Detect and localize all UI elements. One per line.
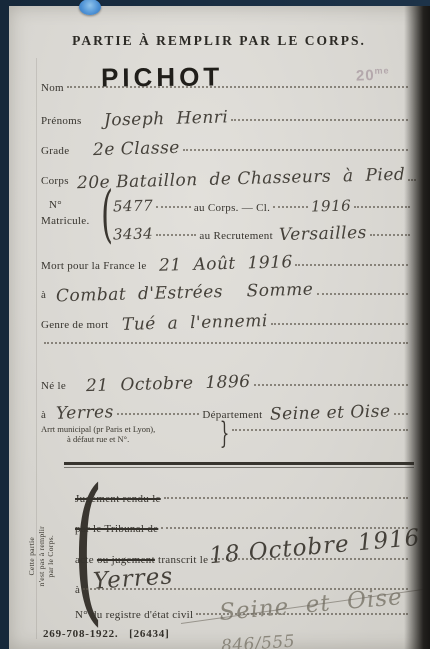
transcription-lieu-label: à: [75, 584, 80, 596]
matricule-corps-number: 5477: [113, 196, 154, 215]
matricule-recrutement-number: 3434: [113, 224, 154, 243]
field-mort-lieu: à Combat d'Estrées Somme: [41, 283, 411, 303]
field-naissance-date: Né le 21 Octobre 1896: [41, 374, 411, 394]
stamp-suffix: me: [375, 65, 390, 76]
field-prenoms: Prénoms Joseph Henri: [41, 109, 411, 129]
genre-mort-value: Tué a l'ennemi: [122, 311, 268, 335]
dotted-leader: [254, 384, 408, 386]
mort-label: Mort pour la France le: [41, 260, 147, 272]
jugement-label: Jugement rendu le: [75, 493, 161, 505]
side-note-line1: Cette partie: [27, 498, 37, 614]
naissance-lieu-label: à: [41, 409, 46, 421]
dotted-leader: [156, 206, 191, 208]
matricule-classe-value: 1916: [311, 196, 352, 215]
corps-label: Corps: [41, 175, 69, 187]
field-jugement: Jugement rendu le: [75, 493, 411, 505]
dotted-leader: [156, 234, 196, 236]
matricule-brace: (: [101, 186, 113, 242]
genre-mort-label: Genre de mort: [41, 319, 108, 331]
scan-right-edge: [404, 6, 430, 649]
section-divider: [64, 462, 414, 468]
print-reference: 269-708-1922. [26434]: [43, 628, 170, 640]
matricule-label-line2: Matricule.: [41, 215, 90, 227]
form-title: PARTIE À REMPLIR PAR LE CORPS.: [49, 33, 389, 49]
matricule-recrutement-value: Versailles: [279, 223, 367, 245]
naissance-date-value: 21 Octobre 1896: [86, 372, 251, 396]
field-mort-date: Mort pour la France le 21 Août 1916: [41, 254, 411, 274]
scanned-record-viewport: PARTIE À REMPLIR PAR LE CORPS. 20me Nom …: [0, 0, 430, 649]
matricule-corps-label: au Corps. — Cl.: [194, 202, 270, 214]
dotted-leader: [273, 206, 308, 208]
dotted-leader: [232, 429, 408, 431]
field-matricule-corps: 5477 au Corps. — Cl. 1916: [113, 197, 413, 215]
arrondissement-label-line1: Arrt municipal (pr Paris et Lyon),: [41, 424, 155, 434]
dotted-leader: [354, 206, 410, 208]
side-note-line2: n'est pas à remplir: [36, 498, 46, 614]
blue-pin-badge: [79, 0, 101, 15]
tribunal-label: par le Tribunal de: [75, 523, 158, 535]
acte-label-prefix: acte: [75, 554, 97, 566]
side-note-line3: par le Corps.: [46, 498, 56, 614]
dotted-leader: [295, 264, 408, 266]
blank-rule: [41, 342, 411, 344]
dotted-leader: [231, 119, 408, 121]
mort-lieu-label: à: [41, 289, 46, 301]
field-arrondissement-labels: Arrt municipal (pr Paris et Lyon), à déf…: [41, 424, 155, 444]
field-nom: Nom: [41, 82, 411, 94]
prenoms-label: Prénoms: [41, 115, 82, 127]
arrondissement-blank: [229, 432, 411, 434]
dotted-leader: [117, 413, 199, 415]
nom-label: Nom: [41, 82, 64, 94]
dotted-leader: [317, 293, 409, 295]
field-matricule-recrutement: 3434 au Recrutement Versailles: [113, 224, 413, 244]
field-corps: Corps 20e Bataillon de Chasseurs à Pied: [41, 169, 411, 189]
arrondissement-brace: }: [220, 420, 230, 448]
mort-date-value: 21 Août 1916: [158, 252, 292, 275]
side-note-vertical: Cette partie n'est pas à remplir par le …: [27, 498, 56, 614]
dotted-leader: [271, 323, 408, 325]
naissance-label: Né le: [41, 380, 66, 392]
nom-value: PICHOT: [101, 61, 224, 93]
departement-label: Département: [202, 409, 262, 421]
field-grade: Grade 2e Classe: [41, 139, 411, 159]
departement-value: Seine et Oise: [270, 401, 391, 424]
record-card-paper: PARTIE À REMPLIR PAR LE CORPS. 20me Nom …: [9, 6, 430, 649]
naissance-lieu-value: Yerres: [56, 402, 114, 424]
corps-value: 20e Bataillon de Chasseurs à Pied: [77, 165, 406, 194]
grade-value: 2e Classe: [93, 138, 180, 160]
pencil-annotation: 846/555: [220, 631, 295, 649]
field-genre-mort: Genre de mort Tué a l'ennemi: [41, 313, 411, 333]
dotted-leader: [164, 497, 408, 499]
dotted-leader: [44, 342, 408, 344]
arrondissement-label-line2: à défaut rue et N°.: [41, 434, 155, 444]
grade-label: Grade: [41, 145, 69, 157]
registre-label: N° du registre d'état civil: [75, 609, 193, 621]
mort-lieu-value: Combat d'Estrées Somme: [56, 280, 314, 307]
matricule-label-line1: N°: [49, 199, 62, 211]
dotted-leader: [183, 149, 408, 151]
matricule-recrutement-label: au Recrutement: [199, 230, 273, 242]
prenoms-value: Joseph Henri: [103, 107, 228, 130]
